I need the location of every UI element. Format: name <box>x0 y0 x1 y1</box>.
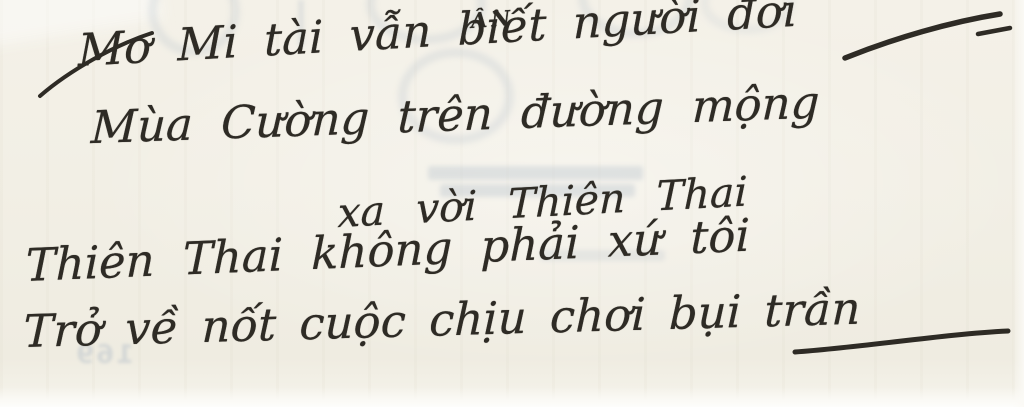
page-right-margin <box>1012 0 1024 407</box>
flourish-cross-stroke <box>845 14 1000 58</box>
dash-top-right <box>978 28 1010 34</box>
handwriting-line-2: Mùa Cường trên đường mộng <box>90 76 820 155</box>
scanned-page: 169 Mơ Mi tài vẫn biết người đời ÂN Mùa … <box>0 0 1024 407</box>
handwriting-line-1: Mơ Mi tài vẫn biết người đời <box>78 0 797 77</box>
page-bottom-margin <box>0 387 1024 407</box>
handwriting-line-5: Trở về nốt cuộc chịu chơi bụi trần <box>23 282 861 358</box>
handwriting-superscript-correction: ÂN <box>470 5 515 33</box>
